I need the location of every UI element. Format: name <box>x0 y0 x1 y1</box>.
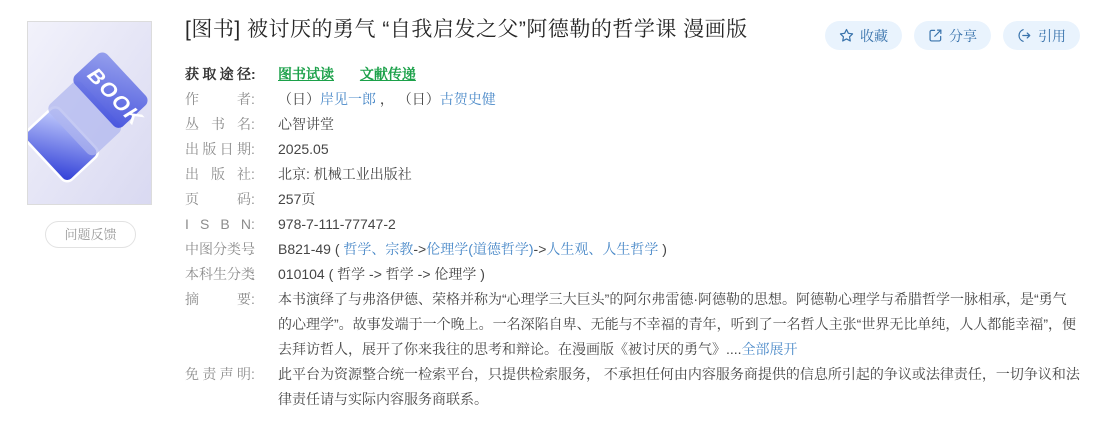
inline-link[interactable]: 哲学、宗教 <box>343 241 413 257</box>
field-row-pubdate: 出版日期: 2025.05 <box>185 137 1080 162</box>
field-label-pages: 页码: <box>185 187 259 212</box>
inline-text: B821-49 ( <box>278 241 343 257</box>
abstract-text: 本书演绎了与弗洛伊德、荣格并称为“心理学三大巨头”的阿尔弗雷德·阿德勒的思想。阿… <box>278 291 1076 357</box>
feedback-button[interactable]: 问题反馈 <box>45 221 136 248</box>
share-label: 分享 <box>949 26 977 46</box>
field-row-clc: 中图分类号: B821-49 ( 哲学、宗教->伦理学(道德哲学)->人生观、人… <box>185 237 1080 262</box>
clc-value: B821-49 ( 哲学、宗教->伦理学(道德哲学)->人生观、人生哲学 ) <box>278 237 1080 262</box>
book-cover: BOOK <box>27 21 152 205</box>
inline-link[interactable]: 古贺史健 <box>440 91 496 107</box>
isbn-value: 978-7-111-77747-2 <box>278 212 1080 237</box>
page-title: [图书] 被讨厌的勇气 “自我启发之父”阿德勒的哲学课 漫画版 <box>185 14 748 45</box>
inline-text: -> <box>413 241 426 257</box>
inline-link[interactable]: 岸见一郎 <box>320 91 376 107</box>
inline-link[interactable]: 伦理学(道德哲学) <box>426 241 533 257</box>
collect-label: 收藏 <box>860 26 888 46</box>
inline-link[interactable]: 人生观、人生哲学 <box>546 241 658 257</box>
abstract-value: 本书演绎了与弗洛伊德、荣格并称为“心理学三大巨头”的阿尔弗雷德·阿德勒的思想。阿… <box>278 287 1080 362</box>
cite-icon <box>1017 28 1032 43</box>
author-value: （日）岸见一郎 ， （日）古贺史健 <box>278 87 1080 112</box>
field-row-undergrad: 本科生分类: 010104 ( 哲学 -> 哲学 -> 伦理学 ) <box>185 262 1080 287</box>
publisher-value: 北京: 机械工业出版社 <box>278 162 1080 187</box>
field-label-author: 作者: <box>185 87 259 112</box>
field-label-abstract: 摘要: <box>185 287 259 362</box>
inline-text: ) <box>658 241 667 257</box>
pubdate-value: 2025.05 <box>278 137 1080 162</box>
book-placeholder-graphic: BOOK <box>28 22 151 204</box>
field-row-access: 获取途径: 图书试读 文献传递 <box>185 62 1080 87</box>
field-row-abstract: 摘要: 本书演绎了与弗洛伊德、荣格并称为“心理学三大巨头”的阿尔弗雷德·阿德勒的… <box>185 287 1080 362</box>
field-row-author: 作者: （日）岸见一郎 ， （日）古贺史健 <box>185 87 1080 112</box>
book-preview-link[interactable]: 图书试读 <box>278 66 334 82</box>
field-row-publisher: 出版社: 北京: 机械工业出版社 <box>185 162 1080 187</box>
field-label-clc: 中图分类号: <box>185 237 259 262</box>
undergrad-value: 010104 ( 哲学 -> 哲学 -> 伦理学 ) <box>278 262 1080 287</box>
document-delivery-link[interactable]: 文献传递 <box>360 66 416 82</box>
detail-header: [图书] 被讨厌的勇气 “自我启发之父”阿德勒的哲学课 漫画版 收藏 <box>185 14 1080 50</box>
book-detail-page: BOOK 问题反馈 [图书] 被讨厌的勇气 “自我启发之父”阿德勒的哲学课 漫画… <box>0 0 1114 436</box>
inline-text: （日） <box>278 91 320 107</box>
share-button[interactable]: 分享 <box>914 21 991 50</box>
detail-main: [图书] 被讨厌的勇气 “自我启发之父”阿德勒的哲学课 漫画版 收藏 <box>185 14 1080 412</box>
pages-value: 257页 <box>278 187 1080 212</box>
expand-all-link[interactable]: 全部展开 <box>742 341 798 357</box>
share-icon <box>928 28 943 43</box>
inline-text: ， （日） <box>376 91 440 107</box>
access-links: 图书试读 文献传递 <box>278 62 1080 87</box>
series-value: 心智讲堂 <box>278 112 1080 137</box>
field-row-series: 丛书名: 心智讲堂 <box>185 112 1080 137</box>
field-label-pubdate: 出版日期: <box>185 137 259 162</box>
field-label-undergrad: 本科生分类: <box>185 262 259 287</box>
field-row-disclaimer: 免责声明: 此平台为资源整合统一检索平台，只提供检索服务， 不承担任何由内容服务… <box>185 362 1080 412</box>
field-label-isbn: ISBN: <box>185 212 259 237</box>
disclaimer-text: 此平台为资源整合统一检索平台，只提供检索服务， 不承担任何由内容服务商提供的信息… <box>278 362 1080 412</box>
action-buttons: 收藏 分享 <box>825 21 1080 50</box>
field-label-publisher: 出版社: <box>185 162 259 187</box>
field-row-isbn: ISBN: 978-7-111-77747-2 <box>185 212 1080 237</box>
collect-button[interactable]: 收藏 <box>825 21 902 50</box>
field-label-disclaimer: 免责声明: <box>185 362 259 412</box>
inline-text: -> <box>534 241 547 257</box>
cite-button[interactable]: 引用 <box>1003 21 1080 50</box>
field-row-pages: 页码: 257页 <box>185 187 1080 212</box>
field-label-access: 获取途径: <box>185 62 259 87</box>
field-label-series: 丛书名: <box>185 112 259 137</box>
cite-label: 引用 <box>1038 26 1066 46</box>
star-icon <box>839 28 854 43</box>
